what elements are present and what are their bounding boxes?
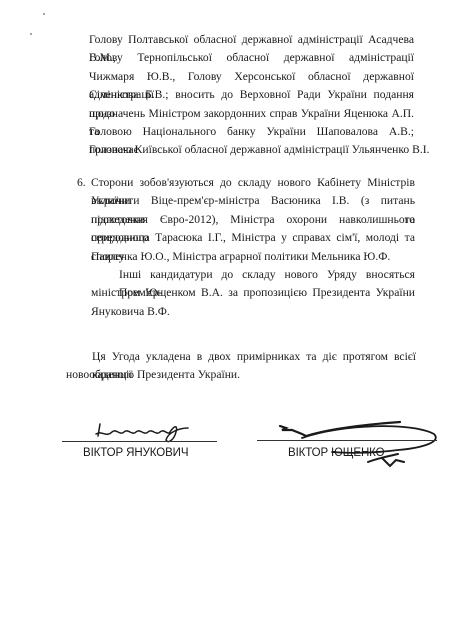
other-candidates-paragraph: Інші кандидатури до складу нового Уряду … (91, 266, 415, 321)
signature-line (62, 441, 217, 442)
text-line: Сторони зобов'язуються до складу нового … (91, 174, 415, 192)
text-line: Чижмаря Ю.В., Голову Херсонської обласно… (89, 68, 414, 86)
text-line: призначень Міністром закордонних справ У… (89, 105, 414, 123)
text-line: проведення Євро-2012), Міністра охорони … (91, 211, 415, 229)
text-line: включити Віце-прем'єр-міністра Васюника … (91, 192, 415, 210)
closing-paragraph: Ця Угода укладена в двох примірниках та … (66, 348, 416, 385)
scan-speck (43, 13, 45, 15)
text-line: міністром Ющенком В.А. за пропозицією Пр… (91, 284, 415, 302)
text-line: середовища Тарасюка І.Г., Міністра у спр… (91, 229, 415, 247)
text-line: Головою Київської обласної державної адм… (89, 141, 414, 159)
signatory-name: ВІКТОР ЯНУКОВИЧ (83, 447, 188, 459)
text-line: Януковича В.Ф. (91, 303, 415, 321)
text-line: Голову Тернопільської обласної державної… (89, 49, 414, 67)
continuation-paragraph: Голову Полтавської обласної державної ад… (89, 31, 414, 160)
item-6-paragraph: Сторони зобов'язуються до складу нового … (91, 174, 415, 266)
signatory-name: ВІКТОР ЮЩЕНКО (288, 447, 384, 459)
text-line: Голову Полтавської обласної державної ад… (89, 31, 414, 49)
scan-speck (30, 33, 32, 35)
text-line: новообраного Президента України. (66, 366, 416, 384)
text-line: Інші кандидатури до складу нового Уряду … (91, 266, 415, 284)
text-line: Сіленкова Б.В.; вносить до Верховної Рад… (89, 86, 414, 104)
list-number: 6. (77, 174, 86, 192)
handwritten-signature-icon (272, 420, 450, 470)
text-line: Ця Угода укладена в двох примірниках та … (66, 348, 416, 366)
text-line: Головою Національного банку України Шапо… (89, 123, 414, 141)
item-6-number: 6. (77, 174, 86, 192)
signature-line (257, 440, 437, 441)
handwritten-signature-icon (96, 422, 196, 446)
text-line: Павленка Ю.О., Міністра аграрної політик… (91, 248, 415, 266)
